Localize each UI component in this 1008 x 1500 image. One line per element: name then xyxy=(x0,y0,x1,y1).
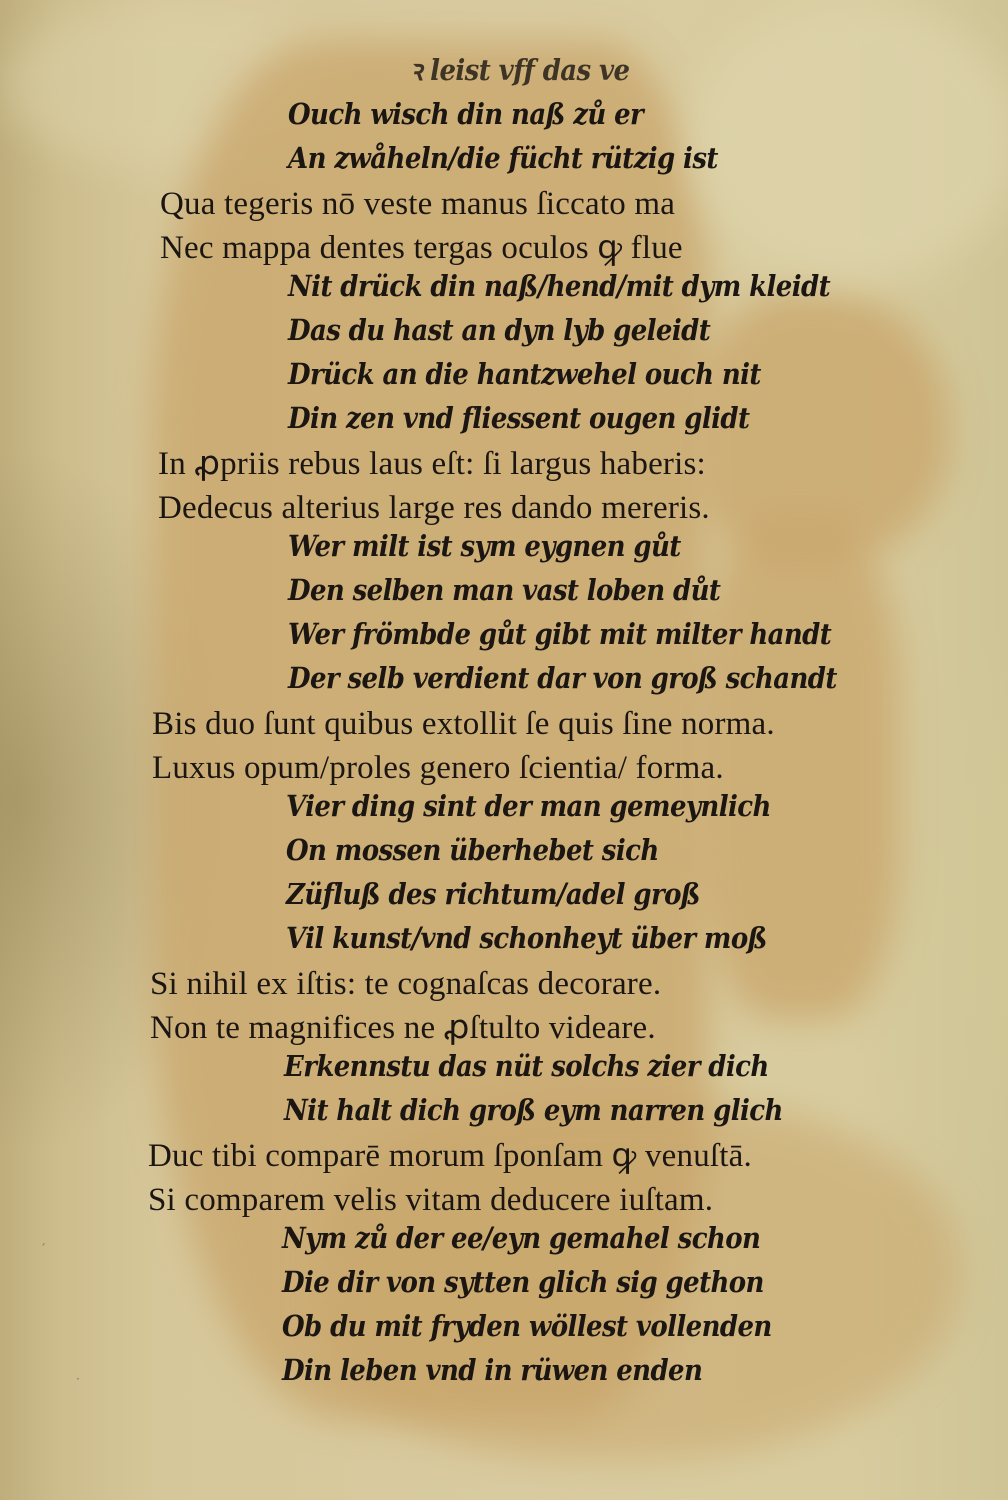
verse-line-german: Wer milt ist sym eygnen gůt xyxy=(288,532,681,561)
verse-line-german: Nit drück din naß/hend/mit dym kleidt xyxy=(288,272,830,301)
verse-line-german: ꝛ leist vff das ve xyxy=(410,56,629,85)
verse-line-german: Nym zů der ee/eyn gemahel schon xyxy=(282,1224,760,1253)
verse-line-german: Ob du mit fryden wöllest vollenden xyxy=(282,1312,772,1341)
verse-line-german: Ouch wisch din naß zů er xyxy=(288,100,643,129)
verse-line-german: Din zen vnd fliessent ougen glidt xyxy=(288,404,749,433)
verse-line-german: Drück an die hantzwehel ouch nit xyxy=(288,360,761,389)
verse-line-german: Züfluß des richtum/adel groß xyxy=(286,880,700,909)
paper-speck: ˊ xyxy=(40,1242,46,1256)
verse-line-latin: Non te magnifices ne ꝓſtulto videare. xyxy=(150,1012,656,1045)
book-page: ꝛ leist vff das ve Ouch wisch din naß zů… xyxy=(0,0,1008,1500)
verse-line-german: Din leben vnd in rüwen enden xyxy=(282,1356,702,1385)
verse-line-german: Der selb verdient dar von groß schandt xyxy=(288,664,837,693)
verse-line-german: Den selben man vast loben důt xyxy=(288,576,720,605)
verse-line-latin: Duc tibi comparē morum ſponſam ꝙ venuſtā… xyxy=(148,1140,752,1173)
verse-line-german: Wer frömbde gůt gibt mit milter handt xyxy=(288,620,831,649)
verse-line-german: An zwåheln/die fücht rützig ist xyxy=(288,144,718,173)
verse-line-latin: Si nihil ex iſtis: te cognaſcas decorare… xyxy=(150,968,661,1001)
verse-line-latin: Luxus opum/proles genero ſcientia/ forma… xyxy=(152,752,724,785)
verse-line-german: On mossen überhebet sich xyxy=(286,836,659,865)
verse-line-german: Vier ding sint der man gemeynlich xyxy=(286,792,771,821)
verse-line-german: Die dir von sytten glich sig gethon xyxy=(282,1268,764,1297)
printed-text-block: ꝛ leist vff das ve Ouch wisch din naß zů… xyxy=(0,0,1008,1500)
verse-line-latin: Nec mappa dentes tergas oculos ꝙ flue xyxy=(160,232,683,265)
verse-line-latin: Bis duo ſunt quibus extollit ſe quis ſin… xyxy=(152,708,775,741)
verse-line-german: Nit halt dich groß eym narren glich xyxy=(284,1096,783,1125)
verse-line-latin: Si comparem velis vitam deducere iuſtam. xyxy=(148,1184,713,1217)
paper-speck: · xyxy=(76,1372,80,1386)
verse-line-latin: In ꝓpriis rebus laus eſt: ſi largus habe… xyxy=(158,448,706,481)
verse-line-german: Erkennstu das nüt solchs zier dich xyxy=(284,1052,769,1081)
verse-line-latin: Qua tegeris nō veste manus ſiccato ma xyxy=(160,188,675,221)
verse-line-german: Vil kunst/vnd schonheyt über moß xyxy=(286,924,767,953)
verse-line-german: Das du hast an dyn lyb geleidt xyxy=(288,316,710,345)
verse-line-latin: Dedecus alterius large res dando mereris… xyxy=(158,492,710,525)
